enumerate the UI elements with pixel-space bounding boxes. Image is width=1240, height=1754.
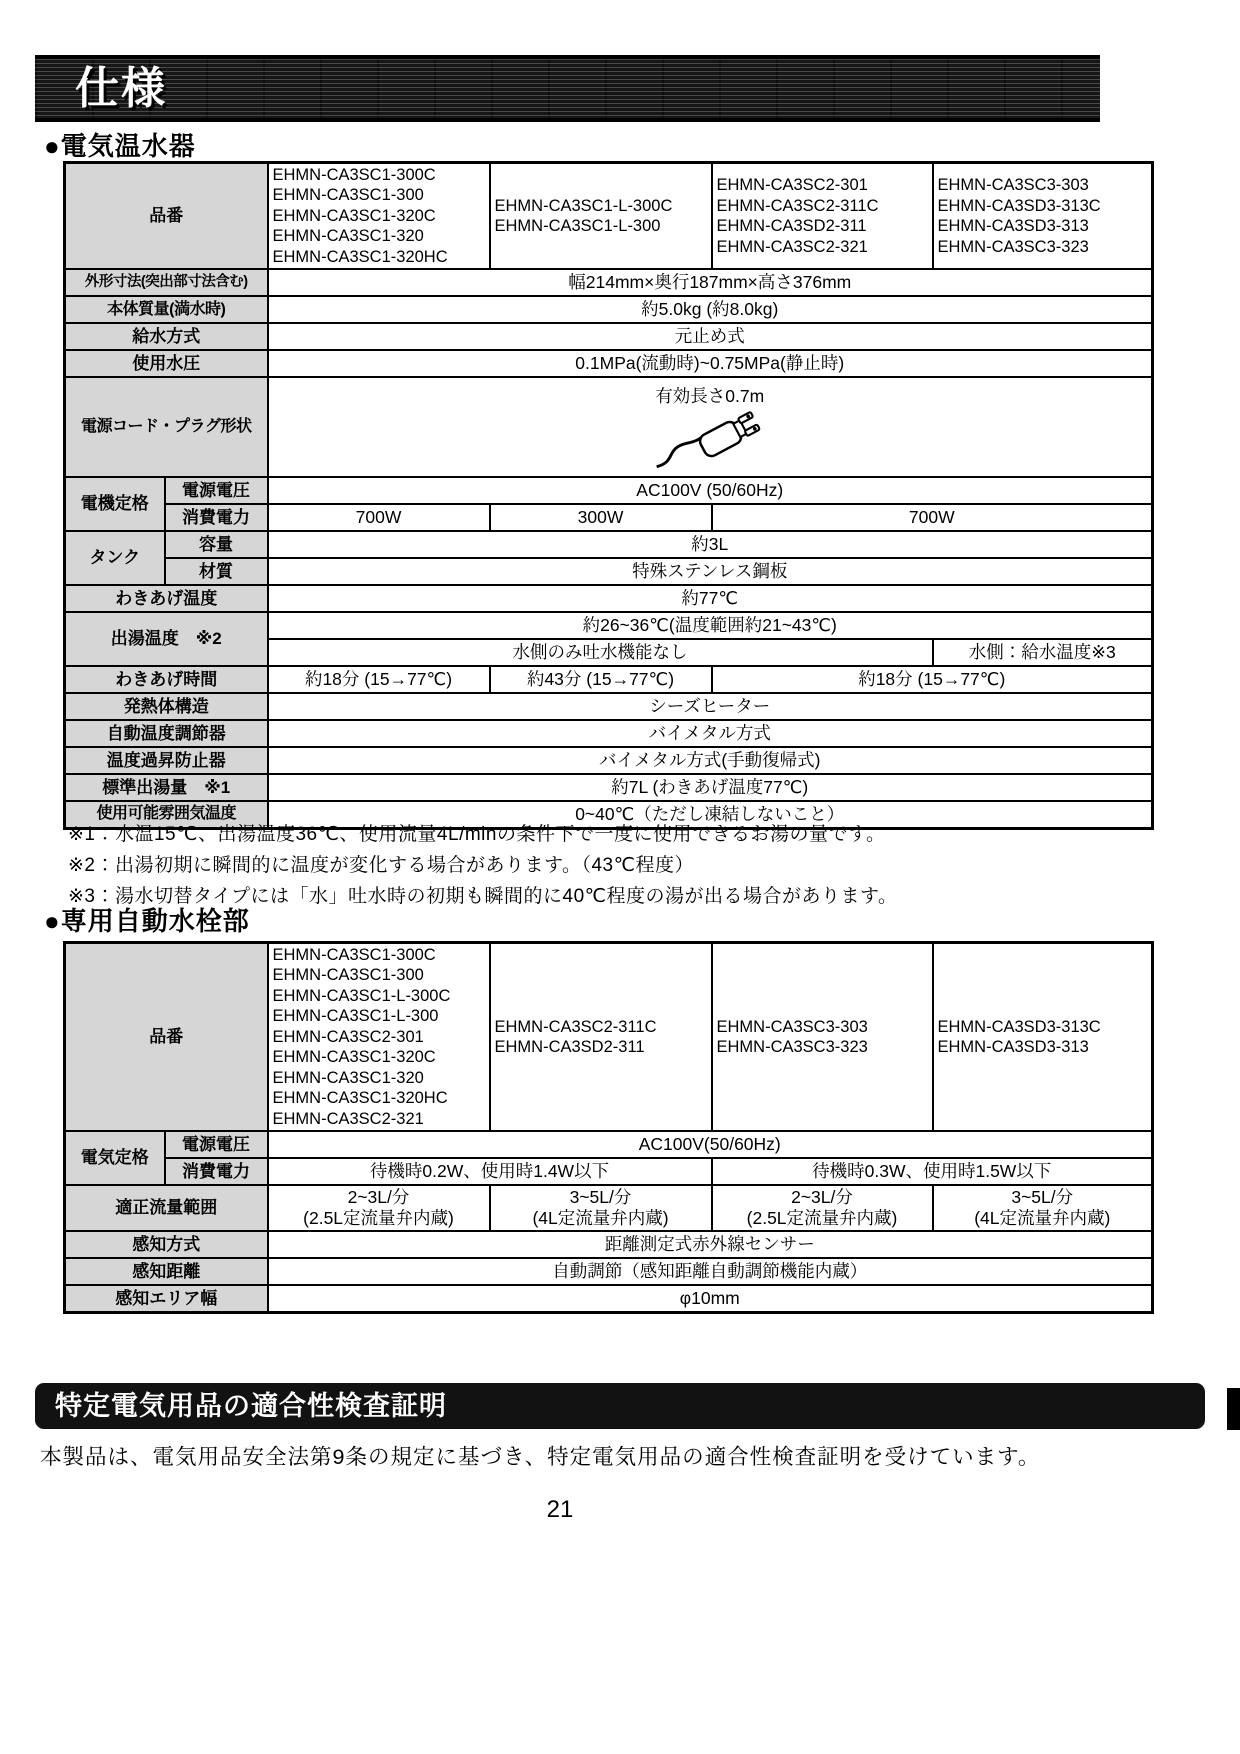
table-row: 材質 特殊ステンレス鋼板 (65, 558, 1153, 585)
spec-label-outlet-temp: 出湯温度 ※2 (65, 612, 268, 666)
spec-table-auto-faucet: 品番 EHMN-CA3SC1-300C EHMN-CA3SC1-300 EHMN… (63, 941, 1154, 1314)
spec-value-power-cord: 有効長さ0.7m (268, 377, 1153, 477)
spec-value-sensing-method: 距離測定式赤外線センサー (268, 1231, 1153, 1258)
spec-value-voltage: AC100V (50/60Hz) (268, 477, 1153, 504)
spec-label-dimensions: 外形寸法(突出部寸法含む) (65, 269, 268, 296)
model-list-col3: EHMN-CA3SC2-301 EHMN-CA3SC2-311C EHMN-CA… (712, 163, 933, 270)
table-row: 感知方式 距離測定式赤外線センサー (65, 1231, 1153, 1258)
power-consumption-col3: 700W (712, 504, 1153, 531)
power-consumption-right: 待機時0.3W、使用時1.5W以下 (712, 1158, 1153, 1185)
spec-label-voltage: 電源電圧 (165, 1131, 268, 1158)
outlet-temp-range: 約26~36℃(温度範囲約21~43℃) (268, 612, 1153, 639)
spec-value-sensing-area: φ10mm (268, 1285, 1153, 1312)
footnote-1: ※1：水温15℃、出湯温度36℃、使用流量4L/minの条件下で一度に使用できる… (68, 820, 898, 851)
spec-value-overheat-protector: バイメタル方式(手動復帰式) (268, 747, 1153, 774)
section-heading-auto-faucet: ●専用自動水栓部 (44, 901, 250, 938)
table-row: 品番 EHMN-CA3SC1-300C EHMN-CA3SC1-300 EHMN… (65, 163, 1153, 270)
spec-label-overheat-protector: 温度過昇防止器 (65, 747, 268, 774)
spec-label-voltage: 電源電圧 (165, 477, 268, 504)
table-row: わきあげ温度 約77℃ (65, 585, 1153, 612)
spec-label-standard-output: 標準出湯量 ※1 (65, 774, 268, 801)
model-list-col2: EHMN-CA3SC2-311C EHMN-CA3SD2-311 (490, 943, 712, 1132)
table-row: 消費電力 待機時0.2W、使用時1.4W以下 待機時0.3W、使用時1.5W以下 (65, 1158, 1153, 1185)
spec-label-auto-thermostat: 自動温度調節器 (65, 720, 268, 747)
spec-value-boiling-temp: 約77℃ (268, 585, 1153, 612)
certification-banner-title: 特定電気用品の適合性検査証明 (35, 1383, 1205, 1429)
spec-value-dimensions: 幅214mm×奥行187mm×高さ376mm (268, 269, 1153, 296)
power-consumption-col2: 300W (490, 504, 712, 531)
spec-value-sensing-distance: 自動調節（感知距離自動調節機能内蔵） (268, 1258, 1153, 1285)
certification-statement: 本製品は、電気用品安全法第9条の規定に基づき、特定電気用品の適合性検査証明を受け… (40, 1440, 1215, 1471)
model-list-col2: EHMN-CA3SC1-L-300C EHMN-CA3SC1-L-300 (490, 163, 712, 270)
outlet-temp-note-left: 水側のみ吐水機能なし (268, 639, 933, 666)
table-row: 感知エリア幅 φ10mm (65, 1285, 1153, 1312)
spec-group-tank: タンク (65, 531, 165, 585)
page-title: 仕様 (35, 59, 1100, 118)
spec-value-auto-thermostat: バイメタル方式 (268, 720, 1153, 747)
table-row: 消費電力 700W 300W 700W (65, 504, 1153, 531)
table-row: わきあげ時間 約18分 (15→77℃) 約43分 (15→77℃) 約18分 … (65, 666, 1153, 693)
model-list-col1: EHMN-CA3SC1-300C EHMN-CA3SC1-300 EHMN-CA… (268, 163, 490, 270)
table-row: 使用水圧 0.1MPa(流動時)~0.75MPa(静止時) (65, 350, 1153, 377)
section-heading-electric-water-heater: ●電気温水器 (44, 126, 196, 163)
table-row: 電機定格 電源電圧 AC100V (50/60Hz) (65, 477, 1153, 504)
table-row: 品番 EHMN-CA3SC1-300C EHMN-CA3SC1-300 EHMN… (65, 943, 1153, 1132)
flow-range-col3: 2~3L/分 (2.5L定流量弁内蔵) (712, 1185, 933, 1231)
spec-label-water-pressure: 使用水圧 (65, 350, 268, 377)
spec-label-sensing-method: 感知方式 (65, 1231, 268, 1258)
manual-spec-page: { "page": { "number": "21" }, "palette":… (0, 0, 1240, 1754)
spec-label-boiling-time: わきあげ時間 (65, 666, 268, 693)
boiling-time-col2: 約43分 (15→77℃) (490, 666, 712, 693)
spec-value-weight: 約5.0kg (約8.0kg) (268, 296, 1153, 323)
boiling-time-col3: 約18分 (15→77℃) (712, 666, 1153, 693)
spec-value-voltage: AC100V(50/60Hz) (268, 1131, 1153, 1158)
power-plug-icon (651, 410, 769, 470)
spec-value-heater-structure: シーズヒーター (268, 693, 1153, 720)
spec-label-boiling-temp: わきあげ温度 (65, 585, 268, 612)
cord-length-text: 有効長さ0.7m (273, 383, 1148, 408)
model-list-col1: EHMN-CA3SC1-300C EHMN-CA3SC1-300 EHMN-CA… (268, 943, 490, 1132)
spec-value-capacity: 約3L (268, 531, 1153, 558)
spec-label-heater-structure: 発熱体構造 (65, 693, 268, 720)
table-row: 電源コード・プラグ形状 有効長さ0.7m (65, 377, 1153, 477)
boiling-time-col1: 約18分 (15→77℃) (268, 666, 490, 693)
spec-label-model: 品番 (65, 163, 268, 270)
flow-range-col4: 3~5L/分 (4L定流量弁内蔵) (933, 1185, 1153, 1231)
table-row: 発熱体構造 シーズヒーター (65, 693, 1153, 720)
power-consumption-col1: 700W (268, 504, 490, 531)
spec-value-water-supply: 元止め式 (268, 323, 1153, 350)
spec-group-electrical-rating: 電機定格 (65, 477, 165, 531)
spec-label-sensing-distance: 感知距離 (65, 1258, 268, 1285)
flow-range-col2: 3~5L/分 (4L定流量弁内蔵) (490, 1185, 712, 1231)
footnotes: ※1：水温15℃、出湯温度36℃、使用流量4L/minの条件下で一度に使用できる… (68, 820, 898, 912)
table-row: 温度過昇防止器 バイメタル方式(手動復帰式) (65, 747, 1153, 774)
spec-label-water-supply: 給水方式 (65, 323, 268, 350)
spec-group-electrical-rating: 電気定格 (65, 1131, 165, 1185)
model-list-col4: EHMN-CA3SC3-303 EHMN-CA3SD3-313C EHMN-CA… (933, 163, 1153, 270)
page-edge-tab (1227, 1388, 1240, 1430)
table-row: 出湯温度 ※2 約26~36℃(温度範囲約21~43℃) (65, 612, 1153, 639)
spec-label-model: 品番 (65, 943, 268, 1132)
spec-label-weight: 本体質量(満水時) (65, 296, 268, 323)
certification-banner: 特定電気用品の適合性検査証明 (35, 1383, 1205, 1429)
spec-label-power-cord: 電源コード・プラグ形状 (65, 377, 268, 477)
outlet-temp-note-right: 水側：給水温度※3 (933, 639, 1153, 666)
table-row: 感知距離 自動調節（感知距離自動調節機能内蔵） (65, 1258, 1153, 1285)
table-row: 適正流量範囲 2~3L/分 (2.5L定流量弁内蔵) 3~5L/分 (4L定流量… (65, 1185, 1153, 1231)
flow-range-col1: 2~3L/分 (2.5L定流量弁内蔵) (268, 1185, 490, 1231)
table-row: 給水方式 元止め式 (65, 323, 1153, 350)
spec-label-power-consumption: 消費電力 (165, 504, 268, 531)
table-row: タンク 容量 約3L (65, 531, 1153, 558)
page-number: 21 (0, 1496, 1120, 1524)
spec-table-water-heater: 品番 EHMN-CA3SC1-300C EHMN-CA3SC1-300 EHMN… (63, 161, 1154, 830)
spec-label-material: 材質 (165, 558, 268, 585)
spec-label-power-consumption: 消費電力 (165, 1158, 268, 1185)
footnote-2: ※2：出湯初期に瞬間的に温度が変化する場合があります。（43℃程度） (68, 851, 898, 882)
spec-label-flow-range: 適正流量範囲 (65, 1185, 268, 1231)
spec-value-material: 特殊ステンレス鋼板 (268, 558, 1153, 585)
table-row: 本体質量(満水時) 約5.0kg (約8.0kg) (65, 296, 1153, 323)
table-row: 外形寸法(突出部寸法含む) 幅214mm×奥行187mm×高さ376mm (65, 269, 1153, 296)
table-row: 自動温度調節器 バイメタル方式 (65, 720, 1153, 747)
table-row: 電気定格 電源電圧 AC100V(50/60Hz) (65, 1131, 1153, 1158)
title-banner: 仕様 (35, 55, 1100, 122)
table-row: 標準出湯量 ※1 約7L (わきあげ温度77℃) (65, 774, 1153, 801)
model-list-col4: EHMN-CA3SD3-313C EHMN-CA3SD3-313 (933, 943, 1153, 1132)
spec-label-capacity: 容量 (165, 531, 268, 558)
power-consumption-left: 待機時0.2W、使用時1.4W以下 (268, 1158, 712, 1185)
spec-label-sensing-area: 感知エリア幅 (65, 1285, 268, 1312)
model-list-col3: EHMN-CA3SC3-303 EHMN-CA3SC3-323 (712, 943, 933, 1132)
spec-value-standard-output: 約7L (わきあげ温度77℃) (268, 774, 1153, 801)
spec-value-water-pressure: 0.1MPa(流動時)~0.75MPa(静止時) (268, 350, 1153, 377)
